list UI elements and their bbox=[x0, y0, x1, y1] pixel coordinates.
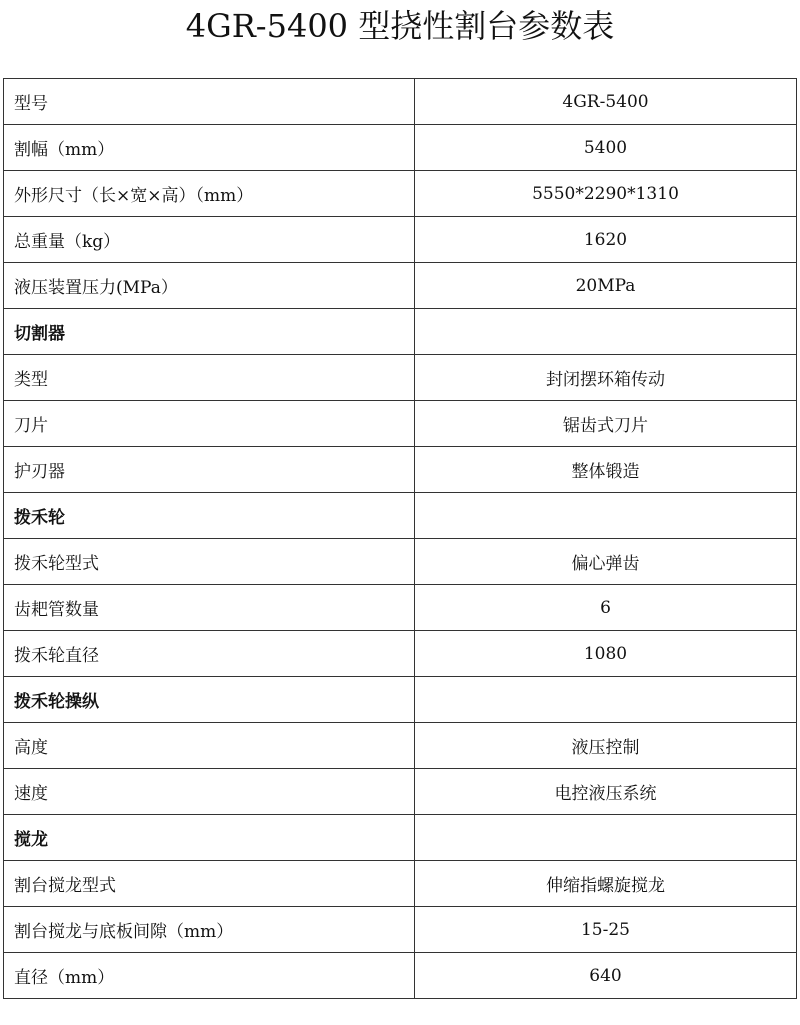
param-label: 拨禾轮型式 bbox=[4, 539, 415, 585]
param-label: 外形尺寸（长×宽×高）（mm） bbox=[4, 171, 415, 217]
table-row: 高度液压控制 bbox=[4, 723, 797, 769]
param-label: 割幅（mm） bbox=[4, 125, 415, 171]
table-row: 直径（mm）640 bbox=[4, 953, 797, 999]
param-label: 直径（mm） bbox=[4, 953, 415, 999]
param-value: 20MPa bbox=[415, 263, 797, 309]
table-row: 割台搅龙型式伸缩指螺旋搅龙 bbox=[4, 861, 797, 907]
section-heading: 切割器 bbox=[4, 309, 415, 355]
param-label: 速度 bbox=[4, 769, 415, 815]
param-value: 伸缩指螺旋搅龙 bbox=[415, 861, 797, 907]
param-label: 类型 bbox=[4, 355, 415, 401]
spec-table: 型号4GR-5400 割幅（mm）5400 外形尺寸（长×宽×高）（mm）555… bbox=[3, 78, 797, 999]
param-label: 拨禾轮直径 bbox=[4, 631, 415, 677]
section-row-reel: 拨禾轮 bbox=[4, 493, 797, 539]
table-row: 液压装置压力(MPa）20MPa bbox=[4, 263, 797, 309]
table-row: 速度电控液压系统 bbox=[4, 769, 797, 815]
table-row: 刀片锯齿式刀片 bbox=[4, 401, 797, 447]
table-row: 割幅（mm）5400 bbox=[4, 125, 797, 171]
param-value: 6 bbox=[415, 585, 797, 631]
param-value: 电控液压系统 bbox=[415, 769, 797, 815]
table-row: 型号4GR-5400 bbox=[4, 79, 797, 125]
param-value: 锯齿式刀片 bbox=[415, 401, 797, 447]
section-heading: 拨禾轮 bbox=[4, 493, 415, 539]
table-row: 护刃器整体锻造 bbox=[4, 447, 797, 493]
param-value bbox=[415, 677, 797, 723]
param-label: 总重量（kg） bbox=[4, 217, 415, 263]
section-row-cutter: 切割器 bbox=[4, 309, 797, 355]
table-row: 外形尺寸（长×宽×高）（mm）5550*2290*1310 bbox=[4, 171, 797, 217]
param-value: 封闭摆环箱传动 bbox=[415, 355, 797, 401]
param-value: 5550*2290*1310 bbox=[415, 171, 797, 217]
param-value bbox=[415, 493, 797, 539]
param-label: 护刃器 bbox=[4, 447, 415, 493]
table-row: 类型封闭摆环箱传动 bbox=[4, 355, 797, 401]
table-row: 割台搅龙与底板间隙（mm）15-25 bbox=[4, 907, 797, 953]
table-row: 总重量（kg）1620 bbox=[4, 217, 797, 263]
param-value: 液压控制 bbox=[415, 723, 797, 769]
table-row: 齿耙管数量6 bbox=[4, 585, 797, 631]
param-value: 1620 bbox=[415, 217, 797, 263]
section-row-auger: 搅龙 bbox=[4, 815, 797, 861]
section-heading: 拨禾轮操纵 bbox=[4, 677, 415, 723]
table-row: 拨禾轮型式偏心弹齿 bbox=[4, 539, 797, 585]
param-value: 640 bbox=[415, 953, 797, 999]
param-label: 齿耙管数量 bbox=[4, 585, 415, 631]
param-value: 1080 bbox=[415, 631, 797, 677]
param-value: 偏心弹齿 bbox=[415, 539, 797, 585]
param-value bbox=[415, 309, 797, 355]
param-value bbox=[415, 815, 797, 861]
param-value: 4GR-5400 bbox=[415, 79, 797, 125]
param-label: 刀片 bbox=[4, 401, 415, 447]
table-row: 拨禾轮直径1080 bbox=[4, 631, 797, 677]
param-value: 15-25 bbox=[415, 907, 797, 953]
param-label: 高度 bbox=[4, 723, 415, 769]
param-value: 5400 bbox=[415, 125, 797, 171]
section-row-reel-control: 拨禾轮操纵 bbox=[4, 677, 797, 723]
document-title: 4GR-5400 型挠性割台参数表 bbox=[0, 4, 800, 48]
param-label: 割台搅龙型式 bbox=[4, 861, 415, 907]
param-value: 整体锻造 bbox=[415, 447, 797, 493]
section-heading: 搅龙 bbox=[4, 815, 415, 861]
param-label: 液压装置压力(MPa） bbox=[4, 263, 415, 309]
param-label: 型号 bbox=[4, 79, 415, 125]
param-label: 割台搅龙与底板间隙（mm） bbox=[4, 907, 415, 953]
